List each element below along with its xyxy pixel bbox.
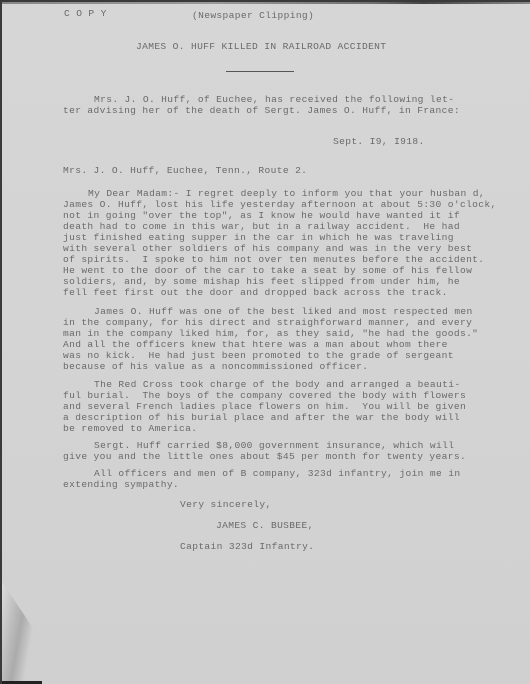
p2-line: man in the company liked him, for, as th… — [63, 328, 478, 339]
p4-line: give you and the little ones about $45 p… — [63, 451, 466, 462]
p1-line: death had to come in this war, but in a … — [63, 221, 460, 232]
document-page: C O P Y (Newspaper Clipping) JAMES O. HU… — [2, 2, 530, 684]
copy-label: C O P Y — [64, 8, 107, 19]
p1-line: My Dear Madam:- I regret deeply to infor… — [88, 188, 485, 199]
p1-line: with several other soldiers of his compa… — [63, 243, 472, 254]
p2-line: in the company, for his direct and strai… — [63, 317, 472, 328]
p3-line: and several French ladies place flowers … — [63, 401, 466, 412]
page-fold-shadow — [2, 582, 72, 684]
p1-line: soldiers, and, by some mishap his feet s… — [63, 276, 460, 287]
letter-date: Sept. I9, I918. — [333, 136, 425, 147]
p1-line: fell feet first out the door and dropped… — [63, 287, 448, 298]
p2-line: And all the officers knew that htere was… — [63, 339, 448, 350]
signature-title: Captain 323d Infantry. — [180, 541, 314, 552]
intro-line-2: ter advising her of the death of Sergt. … — [63, 105, 460, 116]
p2-line: James O. Huff was one of the best liked … — [94, 306, 473, 317]
p1-line: not in going "over the top", as I know h… — [63, 210, 460, 221]
p1-line: He went to the door of the car to take a… — [63, 265, 472, 276]
p3-line: The Red Cross took charge of the body an… — [94, 379, 460, 390]
page-top-edge — [2, 2, 530, 4]
p5-line: extending sympathy. — [63, 479, 179, 490]
p1-line: just finished eating supper in the car i… — [63, 232, 454, 243]
signature: JAMES C. BUSBEE, — [216, 520, 314, 531]
p2-line: because of his value as a noncommissione… — [63, 361, 368, 372]
headline: JAMES O. HUFF KILLED IN RAILROAD ACCIDEN… — [136, 41, 386, 52]
letter-addressee: Mrs. J. O. Huff, Euchee, Tenn., Route 2. — [63, 165, 307, 176]
p5-line: All officers and men of B company, 323d … — [94, 468, 460, 479]
p3-line: a description of his burial place and af… — [63, 412, 460, 423]
p4-line: Sergt. Huff carried $8,000 government in… — [94, 440, 454, 451]
source-label: (Newspaper Clipping) — [192, 10, 314, 21]
intro-line-1: Mrs. J. O. Huff, of Euchee, has received… — [94, 94, 454, 105]
closing: Very sincerely, — [180, 499, 272, 510]
divider-rule — [226, 71, 294, 72]
p1-line: James O. Huff, lost his life yesterday a… — [63, 199, 497, 210]
p1-line: of spirits. I spoke to him not over ten … — [63, 254, 484, 265]
p2-line: was no kick. He had just been promoted t… — [63, 350, 454, 361]
p3-line: ful burial. The boys of the company cove… — [63, 390, 466, 401]
p3-line: be removed to America. — [63, 423, 197, 434]
